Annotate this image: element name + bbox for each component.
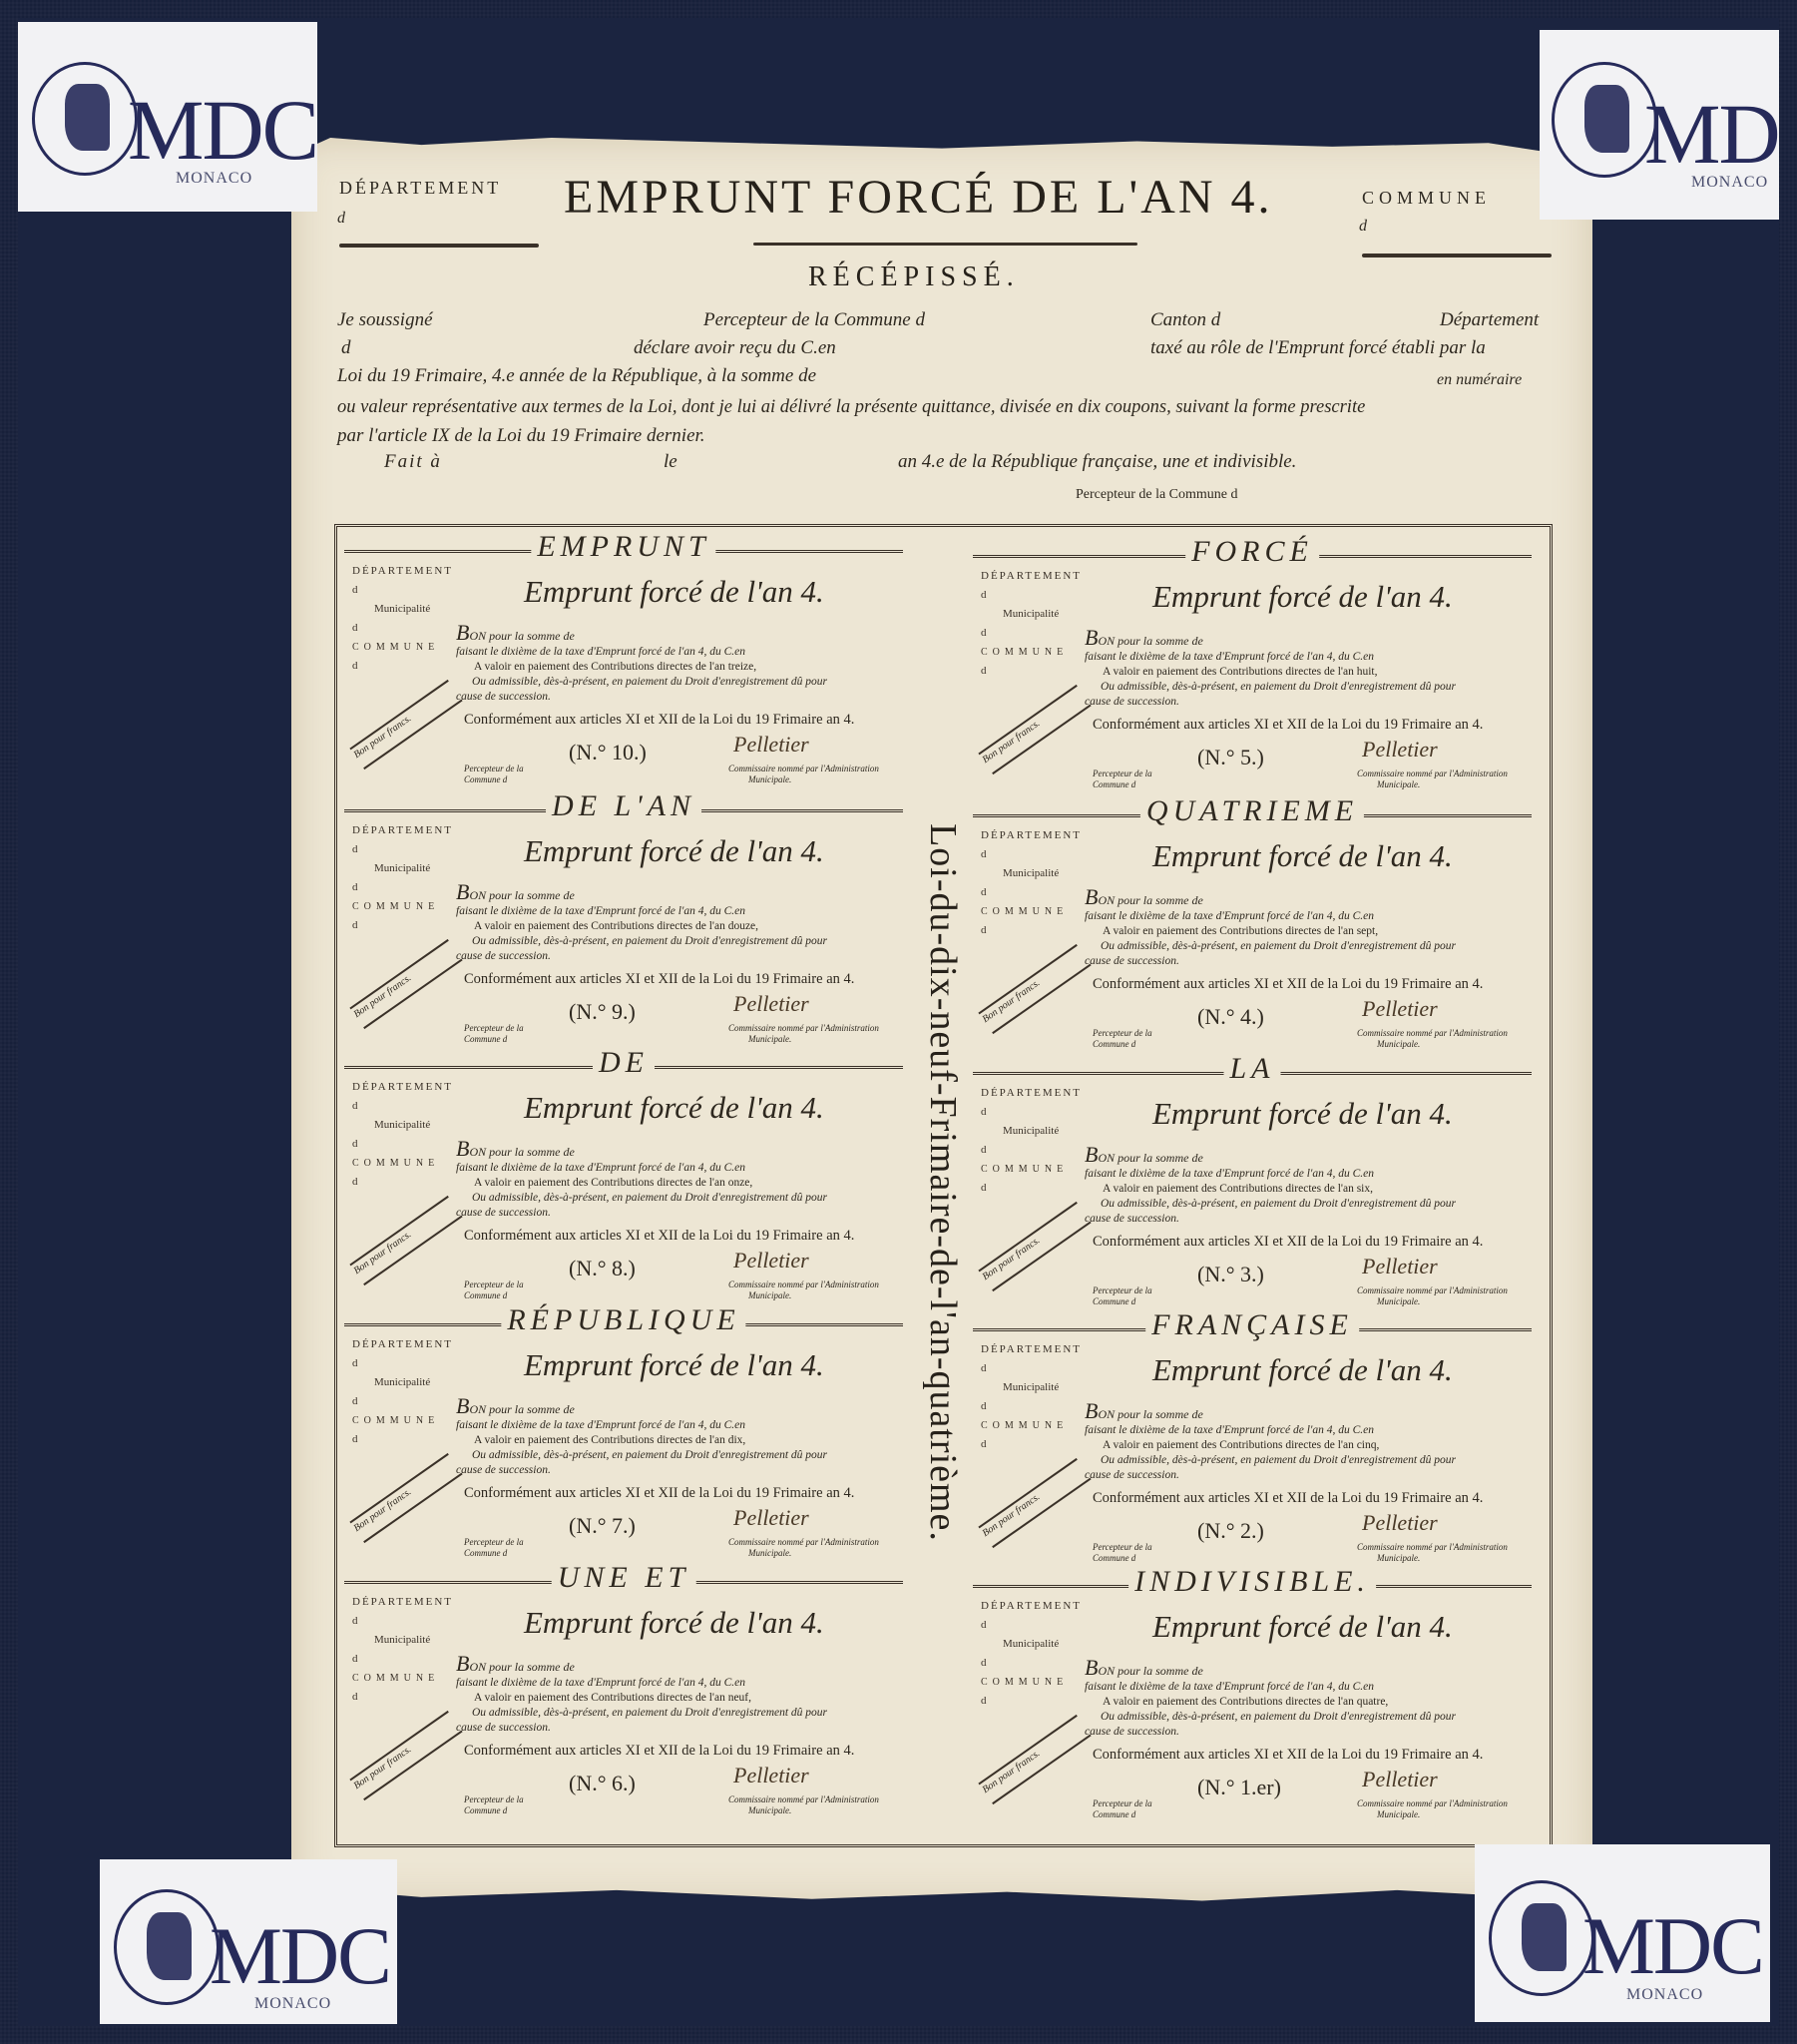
- header-commune-d: d: [1359, 218, 1367, 236]
- muni-d: d: [981, 883, 1082, 902]
- commissaire-line1: Commissaire nommé par l'Administration: [728, 1023, 879, 1034]
- bon-initial: B: [456, 879, 469, 904]
- commissaire-line2: Municipale.: [728, 1290, 879, 1301]
- bon-initial: B: [456, 1393, 469, 1418]
- header-departement-d: d: [337, 210, 345, 228]
- muni-d: d: [352, 878, 453, 897]
- coupon-bon: BON pour la somme de: [1085, 1142, 1203, 1168]
- commissaire-label: Commissaire nommé par l'AdministrationMu…: [1357, 1028, 1508, 1050]
- bon-initial: B: [456, 620, 469, 645]
- coupon-succession: cause de succession.: [1085, 1213, 1179, 1225]
- signature: Pelletier: [733, 1505, 809, 1531]
- coupon-succession: cause de succession.: [1085, 955, 1179, 967]
- coupon-side-labels: DÉPARTEMENT d Municipalité d COMMUNE d: [352, 562, 453, 676]
- percepteur-line1: Percepteur de la: [464, 1794, 524, 1805]
- commune-d: d: [352, 916, 453, 935]
- title-rule: [753, 243, 1137, 246]
- coupon-dixieme: faisant le dixième de la taxe d'Emprunt …: [1085, 910, 1374, 922]
- percepteur-line2: Commune d: [1093, 1809, 1152, 1820]
- commissaire-line1: Commissaire nommé par l'Administration: [1357, 1028, 1508, 1039]
- dept-label: DÉPARTEMENT: [981, 567, 1082, 586]
- bon-text: ON pour la somme de: [469, 1402, 574, 1416]
- bon-initial: B: [456, 1651, 469, 1676]
- coupon-heading-word: RÉPUBLIQUE: [501, 1303, 745, 1337]
- coupon-dixieme: faisant le dixième de la taxe d'Emprunt …: [456, 905, 745, 917]
- percepteur-label: Percepteur de laCommune d: [1093, 1028, 1152, 1050]
- dept-d: d: [981, 1616, 1082, 1635]
- commune-d: d: [981, 1179, 1082, 1198]
- bon-pour-francs-stamp: Bon pour francs.: [349, 939, 462, 1029]
- header-departement-label: DÉPARTEMENT: [339, 178, 501, 199]
- coupon-valoir: A valoir en paiement des Contributions d…: [1103, 666, 1377, 678]
- coupon-dixieme: faisant le dixième de la taxe d'Emprunt …: [456, 646, 745, 658]
- commune-label: COMMUNE: [352, 1154, 453, 1173]
- coupon-number: (N.° 6.): [569, 1771, 636, 1796]
- vertical-law-banner: Loi-du-dix-neuf-Frimaire-de-l'an-quatriè…: [921, 823, 965, 1542]
- percepteur-line1: Percepteur de la: [1093, 1285, 1152, 1296]
- commune-label: COMMUNE: [352, 897, 453, 916]
- bon-text: ON pour la somme de: [1098, 634, 1202, 648]
- coupon-script-title: Emprunt forcé de l'an 4.: [524, 833, 824, 869]
- coupon-heading-word: EMPRUNT: [531, 530, 715, 564]
- coupon-conformement: Conformément aux articles XI et XII de l…: [1093, 1234, 1483, 1251]
- commissaire-line1: Commissaire nommé par l'Administration: [1357, 1285, 1508, 1296]
- document-title: EMPRUNT FORCÉ DE L'AN 4.: [564, 170, 1272, 225]
- coupon-valoir: A valoir en paiement des Contributions d…: [474, 920, 758, 932]
- coupon-5: DE DÉPARTEMENT d Municipalité d COMMUNE …: [344, 1050, 903, 1301]
- coupon-conformement: Conformément aux articles XI et XII de l…: [464, 971, 854, 988]
- bon-pour-francs-stamp: Bon pour francs.: [349, 1196, 462, 1285]
- coupon-admissible: Ou admissible, dès-à-présent, en paiemen…: [472, 1192, 827, 1204]
- commune-d: d: [352, 1688, 453, 1707]
- dept-label: DÉPARTEMENT: [981, 826, 1082, 845]
- receipt-line3-a: Loi du 19 Frimaire, 4.e année de la Répu…: [337, 365, 816, 387]
- coupon-side-labels: DÉPARTEMENT d Municipalité d COMMUNE d: [352, 1593, 453, 1707]
- coupon-admissible: Ou admissible, dès-à-présent, en paiemen…: [472, 1449, 827, 1461]
- commissaire-line2: Municipale.: [728, 1805, 879, 1816]
- coupon-conformement: Conformément aux articles XI et XII de l…: [464, 712, 854, 729]
- coupon-side-labels: DÉPARTEMENT d Municipalité d COMMUNE d: [352, 1078, 453, 1192]
- coupon-conformement: Conformément aux articles XI et XII de l…: [464, 1485, 854, 1502]
- receipt-subtitle: RÉCÉPISSÉ.: [808, 261, 1020, 293]
- percepteur-line1: Percepteur de la: [464, 764, 524, 774]
- commune-d: d: [352, 1430, 453, 1449]
- coupon-admissible: Ou admissible, dès-à-présent, en paiemen…: [1101, 1454, 1456, 1466]
- bon-text: ON pour la somme de: [1098, 1407, 1202, 1421]
- receipt-line1-b: Percepteur de la Commune d: [703, 309, 925, 331]
- coupon-side-labels: DÉPARTEMENT d Municipalité d COMMUNE d: [352, 1335, 453, 1449]
- coupon-valoir: A valoir en paiement des Contributions d…: [474, 1177, 752, 1189]
- coupon-valoir: A valoir en paiement des Contributions d…: [1103, 1183, 1373, 1195]
- seal-icon: [32, 62, 138, 176]
- dept-d: d: [352, 1612, 453, 1631]
- seal-icon: [1552, 62, 1657, 178]
- coupon-bon: BON pour la somme de: [456, 1136, 575, 1162]
- dept-d: d: [352, 581, 453, 600]
- percepteur-line2: Commune d: [464, 1034, 524, 1045]
- muni-d: d: [352, 1392, 453, 1411]
- commune-label: COMMUNE: [352, 1669, 453, 1688]
- percepteur-label: Percepteur de laCommune d: [1093, 1542, 1152, 1564]
- commissaire-line2: Municipale.: [1357, 1809, 1508, 1820]
- commissaire-line2: Municipale.: [1357, 1553, 1508, 1564]
- municipalite-label: Municipalité: [981, 1122, 1082, 1141]
- coupon-conformement: Conformément aux articles XI et XII de l…: [1093, 717, 1483, 734]
- signature: Pelletier: [733, 991, 809, 1017]
- commissaire-line2: Municipale.: [728, 774, 879, 785]
- watermark-logo-top-right: MDC MONACO: [1540, 30, 1779, 220]
- percepteur-line1: Percepteur de la: [464, 1279, 524, 1290]
- commissaire-line2: Municipale.: [728, 1034, 879, 1045]
- commune-label: COMMUNE: [981, 1160, 1082, 1179]
- percepteur-line1: Percepteur de la: [1093, 1542, 1152, 1553]
- coupon-2: FORCÉ DÉPARTEMENT d Municipalité d COMMU…: [973, 539, 1532, 790]
- coupon-conformement: Conformément aux articles XI et XII de l…: [1093, 976, 1483, 993]
- percepteur-line1: Percepteur de la: [1093, 1798, 1152, 1809]
- commune-d: d: [981, 921, 1082, 940]
- bon-pour-francs-stamp: Bon pour francs.: [978, 944, 1091, 1034]
- coupon-valoir: A valoir en paiement des Contributions d…: [474, 1434, 745, 1446]
- coupon-admissible: Ou admissible, dès-à-présent, en paiemen…: [1101, 681, 1456, 693]
- bon-text: ON pour la somme de: [469, 1660, 574, 1674]
- dept-label: DÉPARTEMENT: [981, 1084, 1082, 1103]
- percepteur-line2: Commune d: [1093, 1553, 1152, 1564]
- coupon-script-title: Emprunt forcé de l'an 4.: [1152, 1352, 1453, 1388]
- seal-icon: [114, 1889, 220, 2005]
- percepteur-line2: Commune d: [464, 1548, 524, 1559]
- coupon-bon: BON pour la somme de: [456, 1651, 575, 1677]
- bon-text: ON pour la somme de: [1098, 1664, 1202, 1678]
- coupon-side-labels: DÉPARTEMENT d Municipalité d COMMUNE d: [981, 1084, 1082, 1198]
- coupon-valoir: A valoir en paiement des Contributions d…: [1103, 925, 1378, 937]
- signature: Pelletier: [733, 732, 809, 758]
- commissaire-line2: Municipale.: [1357, 1296, 1508, 1307]
- municipalite-label: Municipalité: [352, 600, 453, 619]
- percepteur-line1: Percepteur de la: [1093, 768, 1152, 779]
- coupon-bon: BON pour la somme de: [456, 879, 575, 905]
- commissaire-label: Commissaire nommé par l'AdministrationMu…: [728, 1794, 879, 1816]
- bon-pour-francs-stamp: Bon pour francs.: [349, 1711, 462, 1800]
- commissaire-label: Commissaire nommé par l'AdministrationMu…: [1357, 1285, 1508, 1307]
- seal-icon: [1489, 1880, 1594, 1996]
- coupon-script-title: Emprunt forcé de l'an 4.: [1152, 1096, 1453, 1132]
- commissaire-label: Commissaire nommé par l'AdministrationMu…: [728, 1279, 879, 1301]
- coupon-number: (N.° 2.): [1197, 1518, 1264, 1544]
- percepteur-line2: Commune d: [1093, 779, 1152, 790]
- coupon-bon: BON pour la somme de: [456, 620, 575, 646]
- coupon-dixieme: faisant le dixième de la taxe d'Emprunt …: [456, 1162, 745, 1174]
- coupon-side-labels: DÉPARTEMENT d Municipalité d COMMUNE d: [981, 567, 1082, 681]
- commune-label: COMMUNE: [981, 1416, 1082, 1435]
- coupon-conformement: Conformément aux articles XI et XII de l…: [1093, 1747, 1483, 1764]
- commune-label: COMMUNE: [981, 643, 1082, 662]
- muni-d: d: [352, 1135, 453, 1154]
- receipt-line2-b: déclare avoir reçu du C.en: [634, 337, 836, 359]
- coupon-admissible: Ou admissible, dès-à-présent, en paiemen…: [472, 1707, 827, 1719]
- coupon-admissible: Ou admissible, dès-à-présent, en paiemen…: [1101, 1711, 1456, 1723]
- commune-d: d: [981, 662, 1082, 681]
- coupon-dixieme: faisant le dixième de la taxe d'Emprunt …: [1085, 1424, 1374, 1436]
- percepteur-label: Percepteur de laCommune d: [1093, 1285, 1152, 1307]
- dept-label: DÉPARTEMENT: [981, 1340, 1082, 1359]
- coupon-number: (N.° 1.er): [1197, 1775, 1281, 1800]
- watermark-logo-bottom-left: MDC MONACO: [100, 1859, 397, 2024]
- commissaire-line1: Commissaire nommé par l'Administration: [728, 1279, 879, 1290]
- coupon-succession: cause de succession.: [1085, 1469, 1179, 1481]
- dept-d: d: [352, 840, 453, 859]
- receipt-line1-c: Canton d: [1150, 309, 1220, 331]
- commune-label: COMMUNE: [352, 638, 453, 657]
- coupon-heading-word: DE: [593, 1046, 655, 1080]
- logo-sub: MONACO: [1626, 1986, 1703, 2004]
- percepteur-line2: Commune d: [464, 1290, 524, 1301]
- bon-text: ON pour la somme de: [469, 888, 574, 902]
- dept-label: DÉPARTEMENT: [352, 562, 453, 581]
- muni-d: d: [352, 1650, 453, 1669]
- coupon-bon: BON pour la somme de: [1085, 1655, 1203, 1681]
- coupon-valoir: A valoir en paiement des Contributions d…: [474, 661, 756, 673]
- muni-d: d: [981, 624, 1082, 643]
- coupon-succession: cause de succession.: [456, 1722, 551, 1734]
- commune-label: COMMUNE: [352, 1411, 453, 1430]
- coupon-admissible: Ou admissible, dès-à-présent, en paiemen…: [472, 935, 827, 947]
- logo-brand: MDC: [210, 1909, 390, 2003]
- coupon-conformement: Conformément aux articles XI et XII de l…: [464, 1228, 854, 1245]
- coupon-number: (N.° 3.): [1197, 1262, 1264, 1287]
- coupon-bon: BON pour la somme de: [1085, 625, 1203, 651]
- dept-label: DÉPARTEMENT: [352, 1593, 453, 1612]
- signature: Pelletier: [733, 1248, 809, 1274]
- coupon-script-title: Emprunt forcé de l'an 4.: [524, 574, 824, 610]
- coupon-number: (N.° 10.): [569, 740, 647, 766]
- commissaire-line1: Commissaire nommé par l'Administration: [1357, 1798, 1508, 1809]
- commissaire-label: Commissaire nommé par l'AdministrationMu…: [1357, 1798, 1508, 1820]
- logo-sub: MONACO: [176, 170, 252, 188]
- logo-sub: MONACO: [1691, 174, 1768, 192]
- commissaire-label: Commissaire nommé par l'AdministrationMu…: [1357, 1542, 1508, 1564]
- muni-d: d: [352, 619, 453, 638]
- coupon-1: EMPRUNT DÉPARTEMENT d Municipalité d COM…: [344, 534, 903, 785]
- coupon-bon: BON pour la somme de: [1085, 1398, 1203, 1424]
- signature: Pelletier: [1362, 737, 1438, 763]
- coupon-number: (N.° 9.): [569, 999, 636, 1025]
- coupon-heading-word: INDIVISIBLE.: [1128, 1565, 1376, 1599]
- coupon-side-labels: DÉPARTEMENT d Municipalité d COMMUNE d: [981, 1340, 1082, 1454]
- coupon-succession: cause de succession.: [1085, 696, 1179, 708]
- muni-d: d: [981, 1397, 1082, 1416]
- commissaire-label: Commissaire nommé par l'AdministrationMu…: [728, 764, 879, 785]
- bon-initial: B: [1085, 884, 1098, 909]
- percepteur-label: Percepteur de laCommune d: [464, 1794, 524, 1816]
- coupon-succession: cause de succession.: [456, 1464, 551, 1476]
- bon-initial: B: [1085, 1655, 1098, 1680]
- percepteur-label: Percepteur de laCommune d: [464, 1023, 524, 1045]
- bon-pour-francs-stamp: Bon pour francs.: [978, 685, 1091, 774]
- percepteur-line1: Percepteur de la: [1093, 1028, 1152, 1039]
- coupon-dixieme: faisant le dixième de la taxe d'Emprunt …: [1085, 651, 1374, 663]
- coupon-side-labels: DÉPARTEMENT d Municipalité d COMMUNE d: [981, 826, 1082, 940]
- coupon-7: RÉPUBLIQUE DÉPARTEMENT d Municipalité d …: [344, 1307, 903, 1559]
- coupon-heading-word: FRANÇAISE: [1145, 1308, 1359, 1342]
- logo-brand: MDC: [128, 80, 317, 180]
- commissaire-line1: Commissaire nommé par l'Administration: [1357, 1542, 1508, 1553]
- commune-label: COMMUNE: [981, 1673, 1082, 1692]
- commune-d: d: [981, 1692, 1082, 1711]
- bon-pour-francs-stamp: Bon pour francs.: [978, 1202, 1091, 1291]
- signature: Pelletier: [1362, 1767, 1438, 1792]
- percepteur-line2: Commune d: [1093, 1039, 1152, 1050]
- muni-d: d: [981, 1141, 1082, 1160]
- coupon-succession: cause de succession.: [1085, 1726, 1179, 1738]
- commissaire-line1: Commissaire nommé par l'Administration: [728, 1794, 879, 1805]
- coupon-admissible: Ou admissible, dès-à-présent, en paiemen…: [472, 676, 827, 688]
- dept-label: DÉPARTEMENT: [981, 1597, 1082, 1616]
- bon-pour-francs-stamp: Bon pour francs.: [978, 1715, 1091, 1804]
- dept-d: d: [352, 1097, 453, 1116]
- coupon-3: DE L'AN DÉPARTEMENT d Municipalité d COM…: [344, 793, 903, 1045]
- coupon-4: QUATRIEME DÉPARTEMENT d Municipalité d C…: [973, 798, 1532, 1050]
- coupon-valoir: A valoir en paiement des Contributions d…: [474, 1692, 751, 1704]
- percepteur-label: Percepteur de laCommune d: [464, 764, 524, 785]
- coupon-admissible: Ou admissible, dès-à-présent, en paiemen…: [1101, 1198, 1456, 1210]
- bon-pour-francs-stamp: Bon pour francs.: [349, 1453, 462, 1543]
- commissaire-label: Commissaire nommé par l'AdministrationMu…: [728, 1023, 879, 1045]
- bon-text: ON pour la somme de: [1098, 893, 1202, 907]
- receipt-line5: par l'article IX de la Loi du 19 Frimair…: [337, 425, 705, 447]
- signature: Pelletier: [1362, 1510, 1438, 1536]
- receipt-line2-c: taxé au rôle de l'Emprunt forcé établi p…: [1150, 337, 1486, 359]
- coupon-8: FRANÇAISE DÉPARTEMENT d Municipalité d C…: [973, 1312, 1532, 1564]
- receipt-line2-a: d: [341, 337, 351, 359]
- commissaire-label: Commissaire nommé par l'AdministrationMu…: [1357, 768, 1508, 790]
- bon-pour-francs-stamp: Bon pour francs.: [978, 1458, 1091, 1548]
- municipalite-label: Municipalité: [981, 605, 1082, 624]
- coupon-dixieme: faisant le dixième de la taxe d'Emprunt …: [456, 1677, 745, 1689]
- bon-initial: B: [1085, 1142, 1098, 1167]
- dept-label: DÉPARTEMENT: [352, 1078, 453, 1097]
- coupon-number: (N.° 4.): [1197, 1004, 1264, 1030]
- commissaire-line1: Commissaire nommé par l'Administration: [1357, 768, 1508, 779]
- bon-initial: B: [1085, 1398, 1098, 1423]
- percepteur-line2: Commune d: [464, 774, 524, 785]
- municipalite-label: Municipalité: [981, 1378, 1082, 1397]
- percepteur-label: Percepteur de laCommune d: [464, 1537, 524, 1559]
- watermark-logo-top-left: MDC MONACO: [18, 22, 317, 212]
- coupon-succession: cause de succession.: [456, 691, 551, 703]
- logo-brand: MDC: [1644, 84, 1779, 184]
- bon-text: ON pour la somme de: [469, 629, 574, 643]
- receipt-line1-d: Département: [1440, 309, 1539, 331]
- signature: Pelletier: [1362, 996, 1438, 1022]
- municipalite-label: Municipalité: [352, 859, 453, 878]
- coupon-side-labels: DÉPARTEMENT d Municipalité d COMMUNE d: [981, 1597, 1082, 1711]
- coupon-script-title: Emprunt forcé de l'an 4.: [1152, 838, 1453, 874]
- bon-text: ON pour la somme de: [1098, 1151, 1202, 1165]
- muni-d: d: [981, 1654, 1082, 1673]
- coupon-9: UNE ET DÉPARTEMENT d Municipalité d COMM…: [344, 1565, 903, 1816]
- bon-pour-francs-stamp: Bon pour francs.: [349, 680, 462, 769]
- coupon-number: (N.° 7.): [569, 1513, 636, 1539]
- bon-text: ON pour la somme de: [469, 1145, 574, 1159]
- commune-d: d: [352, 657, 453, 676]
- commissaire-label: Commissaire nommé par l'AdministrationMu…: [728, 1537, 879, 1559]
- percepteur-line1: Percepteur de la: [464, 1537, 524, 1548]
- commissaire-line2: Municipale.: [1357, 1039, 1508, 1050]
- signature: Pelletier: [1362, 1254, 1438, 1279]
- coupon-number: (N.° 8.): [569, 1256, 636, 1281]
- receipt-line3-b: en numéraire: [1437, 371, 1522, 389]
- coupon-script-title: Emprunt forcé de l'an 4.: [524, 1605, 824, 1641]
- commissaire-line1: Commissaire nommé par l'Administration: [728, 764, 879, 774]
- municipalite-label: Municipalité: [981, 864, 1082, 883]
- coupon-succession: cause de succession.: [456, 950, 551, 962]
- coupon-heading-word: DE L'AN: [546, 789, 701, 823]
- coupon-dixieme: faisant le dixième de la taxe d'Emprunt …: [456, 1419, 745, 1431]
- percepteur-line2: Commune d: [464, 1805, 524, 1816]
- brace-left-icon: [339, 244, 539, 248]
- commissaire-line1: Commissaire nommé par l'Administration: [728, 1537, 879, 1548]
- coupon-10: INDIVISIBLE. DÉPARTEMENT d Municipalité …: [973, 1569, 1532, 1820]
- percepteur-label: Percepteur de laCommune d: [464, 1279, 524, 1301]
- receipt-signature-line: Percepteur de la Commune d: [1076, 487, 1238, 503]
- coupon-conformement: Conformément aux articles XI et XII de l…: [1093, 1490, 1483, 1507]
- coupon-side-labels: DÉPARTEMENT d Municipalité d COMMUNE d: [352, 821, 453, 935]
- coupon-bon: BON pour la somme de: [456, 1393, 575, 1419]
- coupon-heading-word: QUATRIEME: [1140, 794, 1364, 828]
- coupon-heading-word: UNE ET: [552, 1561, 696, 1595]
- receipt-line1-a: Je soussigné: [337, 309, 433, 331]
- dept-d: d: [981, 845, 1082, 864]
- dept-d: d: [352, 1354, 453, 1373]
- coupon-heading-word: FORCÉ: [1185, 535, 1319, 569]
- receipt-line4: ou valeur représentative aux termes de l…: [337, 397, 1365, 418]
- coupon-admissible: Ou admissible, dès-à-présent, en paiemen…: [1101, 940, 1456, 952]
- coupon-conformement: Conformément aux articles XI et XII de l…: [464, 1743, 854, 1760]
- receipt-line6-b: le: [664, 451, 677, 473]
- dept-label: DÉPARTEMENT: [352, 1335, 453, 1354]
- municipalite-label: Municipalité: [352, 1116, 453, 1135]
- percepteur-line2: Commune d: [1093, 1296, 1152, 1307]
- dept-label: DÉPARTEMENT: [352, 821, 453, 840]
- coupon-dixieme: faisant le dixième de la taxe d'Emprunt …: [1085, 1168, 1374, 1180]
- commissaire-line2: Municipale.: [728, 1548, 879, 1559]
- dept-d: d: [981, 1103, 1082, 1122]
- coupon-script-title: Emprunt forcé de l'an 4.: [1152, 579, 1453, 615]
- coupon-script-title: Emprunt forcé de l'an 4.: [524, 1347, 824, 1383]
- percepteur-label: Percepteur de laCommune d: [1093, 768, 1152, 790]
- coupon-heading-word: LA: [1223, 1052, 1280, 1086]
- coupon-number: (N.° 5.): [1197, 745, 1264, 770]
- watermark-logo-bottom-right: MDC MONACO: [1475, 1844, 1770, 2022]
- dept-d: d: [981, 586, 1082, 605]
- coupon-valoir: A valoir en paiement des Contributions d…: [1103, 1439, 1379, 1451]
- signature: Pelletier: [733, 1763, 809, 1788]
- header-commune-label: COMMUNE: [1362, 188, 1491, 209]
- logo-sub: MONACO: [254, 1995, 331, 2013]
- bon-initial: B: [1085, 625, 1098, 650]
- coupon-script-title: Emprunt forcé de l'an 4.: [1152, 1609, 1453, 1645]
- coupon-6: LA DÉPARTEMENT d Municipalité d COMMUNE …: [973, 1056, 1532, 1307]
- commune-d: d: [981, 1435, 1082, 1454]
- municipalite-label: Municipalité: [352, 1631, 453, 1650]
- percepteur-line1: Percepteur de la: [464, 1023, 524, 1034]
- percepteur-label: Percepteur de laCommune d: [1093, 1798, 1152, 1820]
- coupon-bon: BON pour la somme de: [1085, 884, 1203, 910]
- municipalite-label: Municipalité: [352, 1373, 453, 1392]
- commissaire-line2: Municipale.: [1357, 779, 1508, 790]
- receipt-line6-c: an 4.e de la République française, une e…: [898, 451, 1296, 473]
- receipt-line6-a: Fait à: [384, 451, 442, 473]
